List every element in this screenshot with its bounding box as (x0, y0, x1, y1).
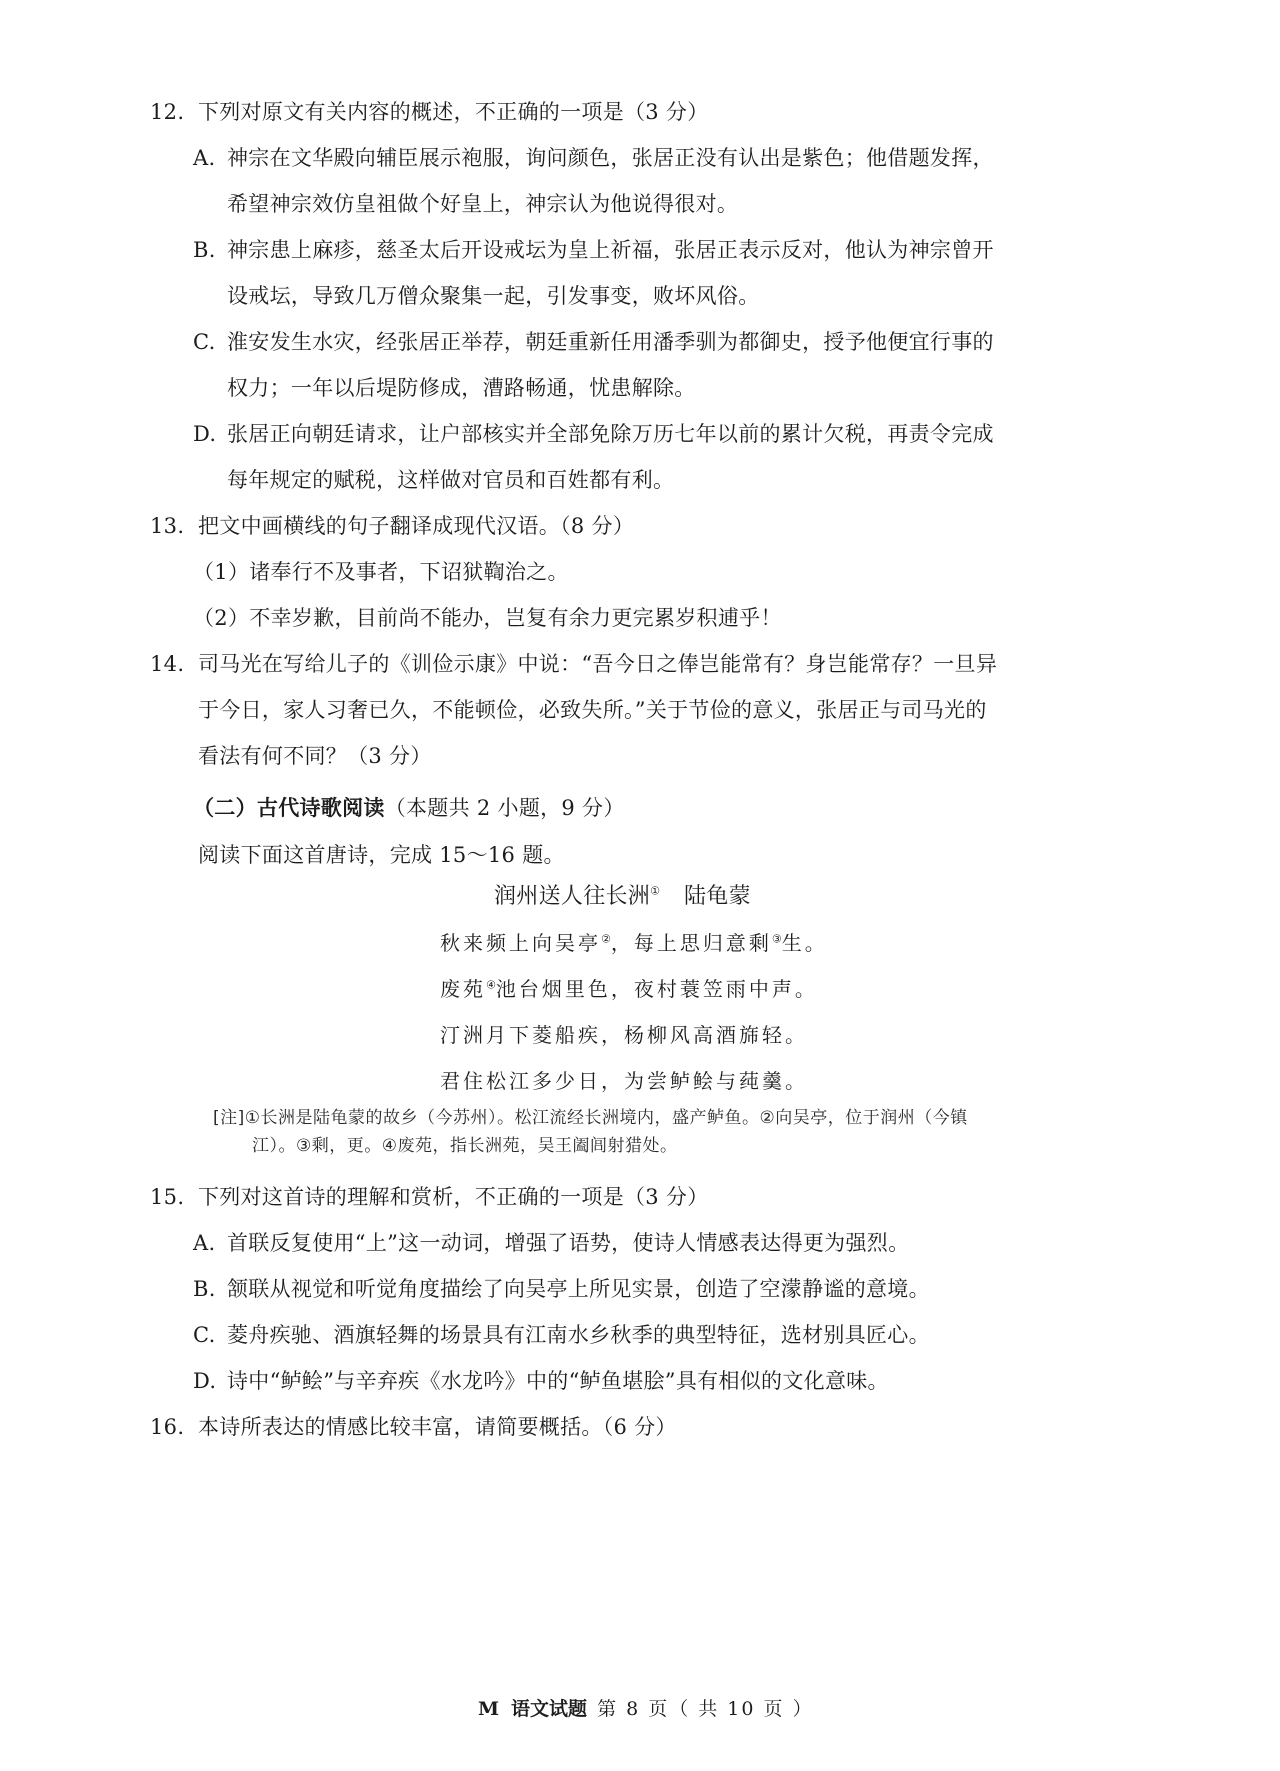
poem-note-line-1: [注]①长洲是陆龟蒙的故乡（今苏州）。松江流经长洲境内，盛产鲈鱼。②向吴亭，位于… (213, 1106, 968, 1130)
q15-option-b: B.颔联从视觉和听觉角度描绘了向吴亭上所见实景，创造了空濛静谧的意境。 (193, 1274, 930, 1304)
q13-item-1: （1）诸奉行不及事者，下诏狱鞫治之。 (193, 557, 569, 587)
poem-title-row: 润州送人往长洲①陆龟蒙 (494, 882, 751, 912)
q15-option-a: A.首联反复使用“上”这一动词，增强了语势，使诗人情感表达得更为强烈。 (193, 1228, 909, 1258)
section-intro: 阅读下面这首唐诗，完成 15～16 题。 (198, 840, 565, 870)
poem-line-4: 君住松江多少日，为尝鲈鲙与莼羹。 (440, 1066, 808, 1096)
q12-option-c-cont: 权力；一年以后堤防修成，漕路畅通，忧患解除。 (227, 373, 696, 403)
q14-stem-cont-1: 于今日，家人习奢已久，不能顿俭，必致失所。”关于节俭的意义，张居正与司马光的 (198, 695, 987, 725)
poem-title: 润州送人往长洲 (494, 884, 650, 909)
section-title: （二）古代诗歌阅读 (193, 795, 385, 820)
q12-option-d: D.张居正向朝廷请求，让户部核实并全部免除万历七年以前的累计欠税，再责令完成 (193, 419, 994, 449)
section-subtitle: （本题共 2 小题，9 分） (385, 796, 625, 820)
poem-line-3: 汀洲月下菱船疾，杨柳风高酒旆轻。 (440, 1020, 808, 1050)
q13-stem: 13.把文中画横线的句子翻译成现代汉语。（8 分） (150, 511, 634, 541)
q12-option-b-cont: 设戒坛，导致几万僧众聚集一起，引发事变，败坏风俗。 (227, 281, 760, 311)
footer-page-number: 第 8 页（ 共 10 页 ） (597, 1698, 814, 1720)
poem-note-line-2: 江）。③剩，更。④废苑，指长洲苑，吴王阖闾射猎处。 (252, 1134, 677, 1158)
q12-option-b: B.神宗患上麻疹，慈圣太后开设戒坛为皇上祈福，张居正表示反对，他认为神宗曾开 (193, 235, 994, 265)
q14-number: 14. (150, 649, 198, 679)
q13-number: 13. (150, 511, 198, 541)
q14-stem-cont-2: 看法有何不同？（3 分） (198, 741, 432, 771)
poem-title-note-marker: ① (650, 885, 660, 898)
q12-option-d-cont: 每年规定的赋税，这样做对官员和百姓都有利。 (227, 465, 674, 495)
q16-number: 16. (150, 1412, 198, 1442)
q12-option-a: A.神宗在文华殿向辅臣展示袍服，询问颜色，张居正没有认出是紫色；他借题发挥， (193, 143, 994, 173)
q12-option-c: C.淮安发生水灾，经张居正举荐，朝廷重新任用潘季驯为都御史，授予他便宜行事的 (193, 327, 994, 357)
q12-number: 12. (150, 97, 198, 127)
footer-subject: 语文试题 (511, 1698, 587, 1720)
q15-option-c: C.菱舟疾驰、酒旗轻舞的场景具有江南水乡秋季的典型特征，选材别具匠心。 (193, 1320, 930, 1350)
q12-option-a-cont: 希望神宗效仿皇祖做个好皇上，神宗认为他说得很对。 (227, 189, 738, 219)
section-heading: （二）古代诗歌阅读（本题共 2 小题，9 分） (193, 793, 625, 823)
q14-stem: 14.司马光在写给儿子的《训俭示康》中说：“吾今日之俸岂能常有？身岂能常存？一旦… (150, 649, 997, 679)
footer-exam-code: M (478, 1698, 501, 1720)
poem-line-1: 秋来频上向吴亭②，每上思归意剩③生。 (440, 928, 828, 958)
q12-stem: 12.下列对原文有关内容的概述，不正确的一项是（3 分） (150, 97, 709, 127)
poem-author: 陆龟蒙 (684, 884, 751, 909)
q13-item-2: （2）不幸岁歉，目前尚不能办，岂复有余力更完累岁积逋乎！ (193, 603, 782, 633)
q16-stem: 16.本诗所表达的情感比较丰富，请简要概括。（6 分） (150, 1412, 677, 1442)
q15-option-d: D.诗中“鲈鲙”与辛弃疾《水龙吟》中的“鲈鱼堪脍”具有相似的文化意味。 (193, 1366, 889, 1396)
q15-number: 15. (150, 1182, 198, 1212)
poem-line-2: 废苑④池台烟里色，夜村蓑笠雨中声。 (440, 974, 818, 1004)
q15-stem: 15.下列对这首诗的理解和赏析，不正确的一项是（3 分） (150, 1182, 709, 1212)
page-footer: M语文试题第 8 页（ 共 10 页 ） (478, 1694, 814, 1724)
